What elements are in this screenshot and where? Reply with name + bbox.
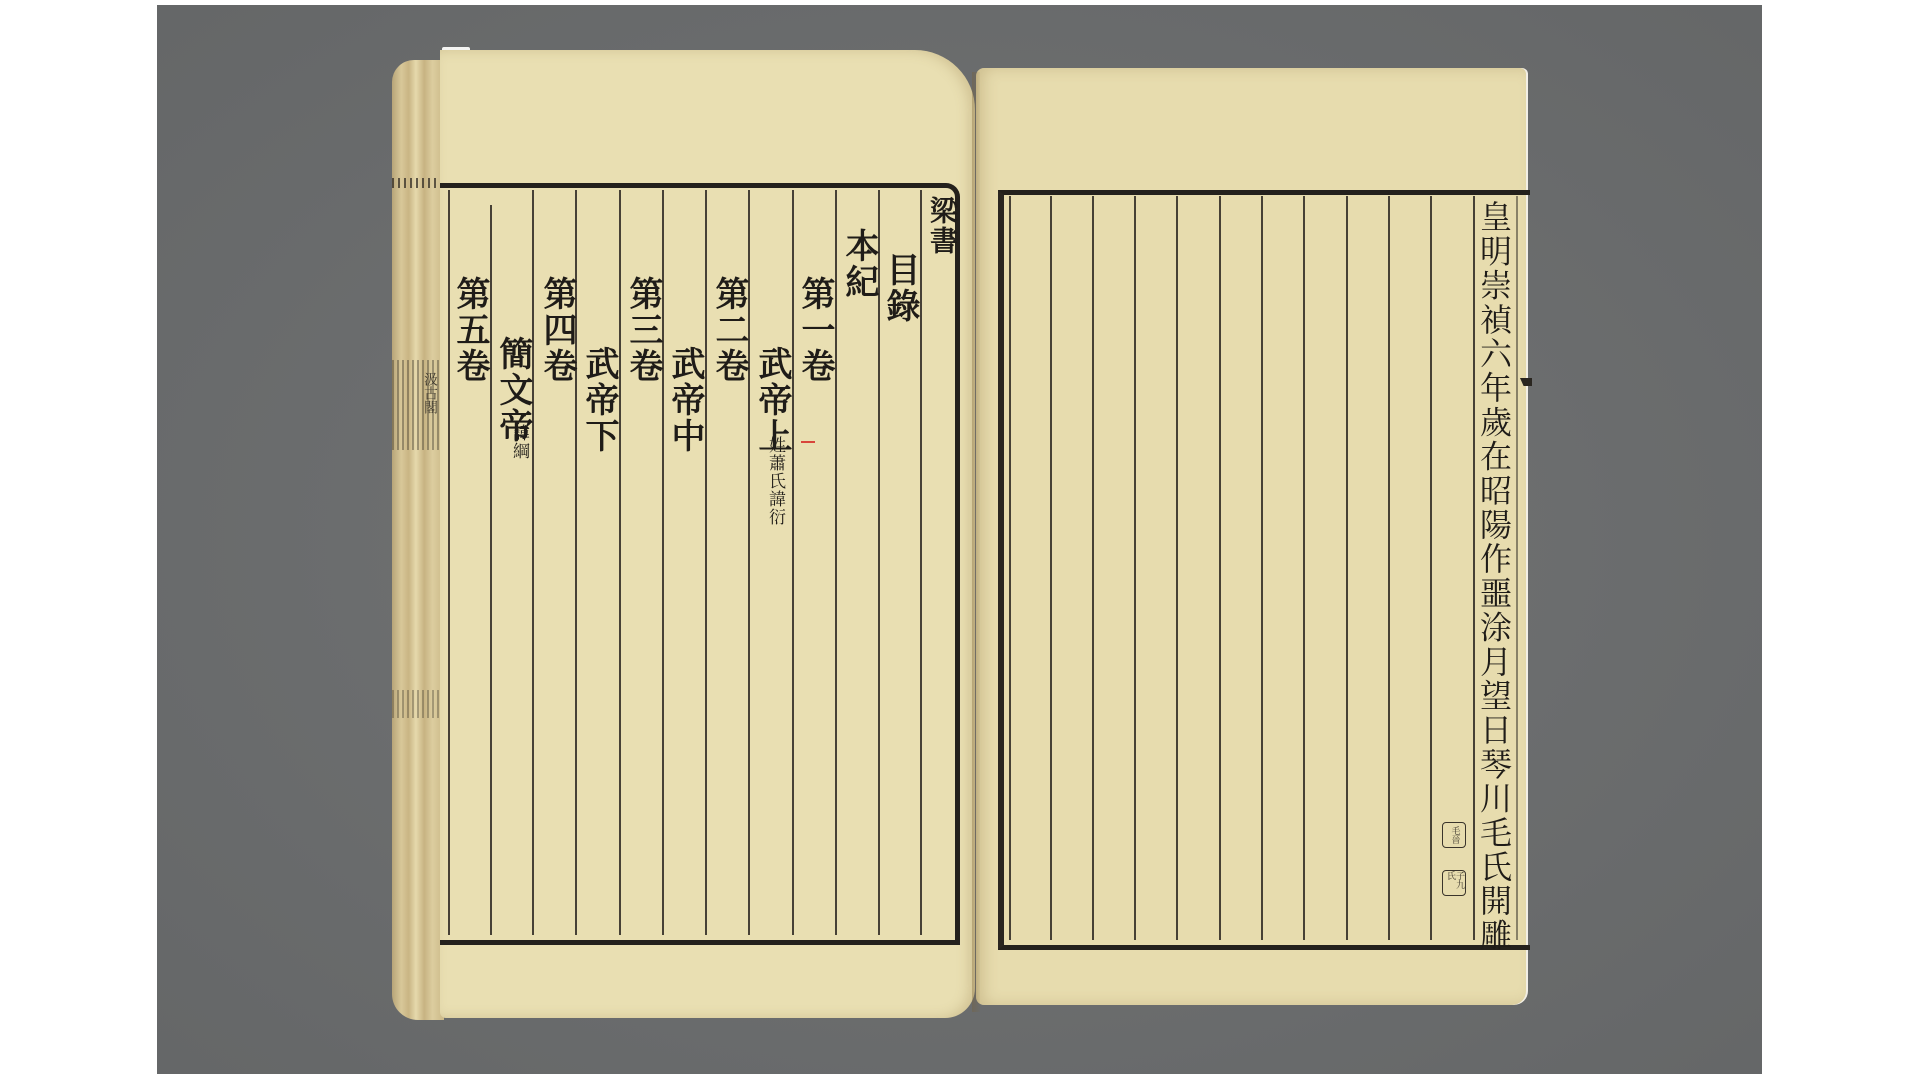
edge-publisher-mark: 汲古閣 bbox=[423, 372, 437, 414]
toc-note-1: 姓蕭氏諱衍 bbox=[766, 436, 783, 526]
toc-volume-1: 第一卷 bbox=[798, 276, 832, 384]
column-rule bbox=[835, 190, 837, 935]
column-rule bbox=[1303, 196, 1305, 940]
column-rule bbox=[1516, 196, 1518, 940]
category-label: 本紀 bbox=[842, 228, 876, 300]
column-rule bbox=[1388, 196, 1390, 940]
column-rule bbox=[490, 205, 492, 935]
column-rule bbox=[1009, 196, 1011, 940]
column-rule bbox=[792, 190, 794, 935]
book-title: 梁書 bbox=[928, 196, 956, 256]
book-gutter bbox=[972, 72, 980, 1012]
column-rule bbox=[1050, 196, 1052, 940]
column-rule bbox=[1346, 196, 1348, 940]
seal-stamp: 毛晉 bbox=[1442, 822, 1466, 848]
toc-title-2: 武帝中 bbox=[668, 346, 702, 454]
column-rule bbox=[920, 190, 922, 935]
seal-stamp: 子九氏 bbox=[1442, 870, 1466, 896]
column-rule bbox=[532, 190, 534, 935]
column-rule bbox=[1430, 196, 1432, 940]
red-punctuation-mark bbox=[801, 441, 815, 443]
book-edge-stack bbox=[392, 60, 444, 1020]
toc-volume-5: 第五卷 bbox=[453, 276, 487, 384]
colophon-text: 皇明崇禎六年歲在昭陽作噩涂月望日琴川毛氏開雕 bbox=[1478, 200, 1510, 952]
section-title: 目錄 bbox=[883, 252, 917, 324]
column-rule bbox=[705, 190, 707, 935]
toc-title-3: 武帝下 bbox=[582, 346, 616, 454]
edge-print-mark bbox=[392, 690, 440, 718]
toc-volume-4: 第四卷 bbox=[540, 276, 574, 384]
edge-frame-mark bbox=[392, 178, 442, 188]
column-rule bbox=[1092, 196, 1094, 940]
toc-volume-2: 第二卷 bbox=[712, 276, 746, 384]
toc-volume-3: 第三卷 bbox=[626, 276, 660, 384]
column-rule bbox=[1176, 196, 1178, 940]
column-rule bbox=[1134, 196, 1136, 940]
toc-note-4: 諱綱 bbox=[510, 424, 527, 460]
column-rule bbox=[619, 190, 621, 935]
column-rule bbox=[1261, 196, 1263, 940]
column-rule bbox=[1219, 196, 1221, 940]
